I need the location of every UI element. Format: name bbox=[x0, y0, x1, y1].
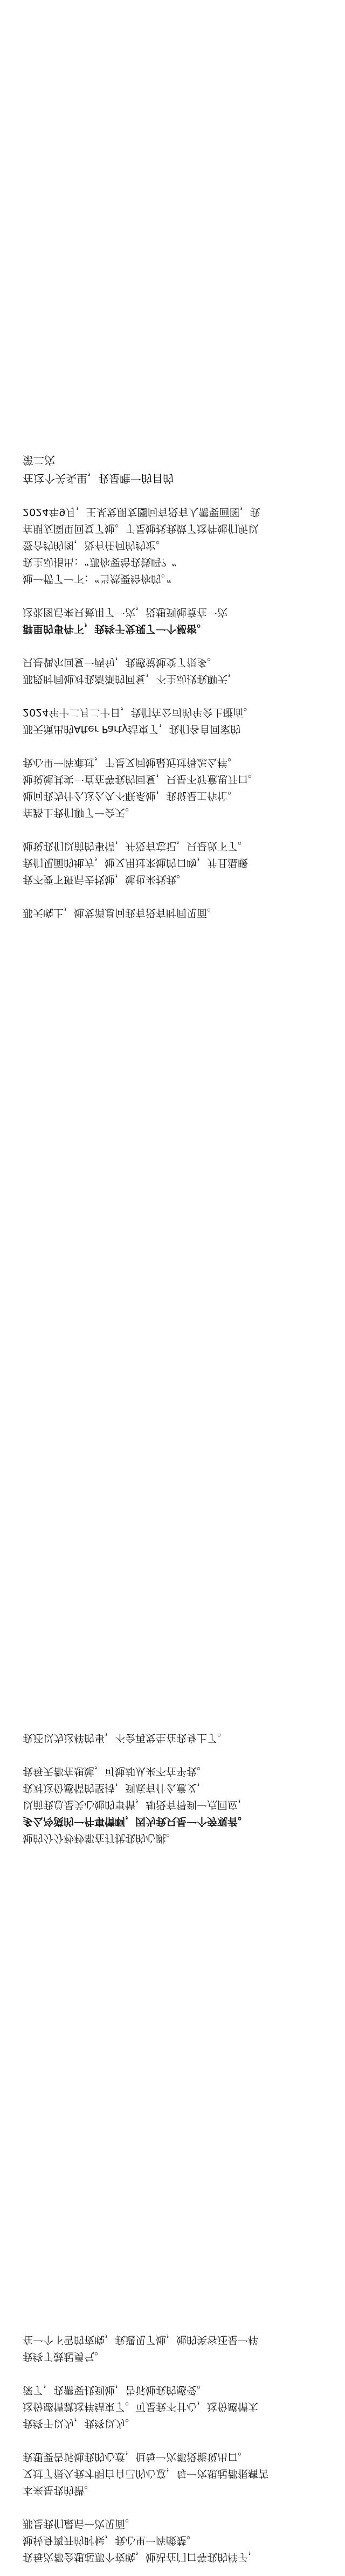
paragraph: 那天晚上，她发消息问我有没有时间见面。 bbox=[23, 904, 322, 921]
text-line: 以前我总是关心她的事情，却没有得到一点回应， bbox=[23, 1796, 322, 1813]
article-document: 我每次都会想起那个夜晚，她站在门口等我的样子， 她转身离开的时候，我心里一阵酸楚… bbox=[0, 0, 345, 2576]
paragraph: 我每次都会想起那个夜晚，她站在门口等我的样子， 她转身离开的时候，我心里一阵酸楚… bbox=[23, 2515, 322, 2565]
text-line: 我终于鼓起勇气。 bbox=[23, 2348, 322, 2365]
text-line: 在路上我们聊了一会天。 bbox=[23, 804, 322, 821]
text-line: 我每天都在想她，可她却从来不在乎我。 bbox=[23, 1763, 322, 1779]
paragraph: 那天演出的After Party结束了，我们各自回家的 2024年十二月二十日，… bbox=[23, 704, 322, 737]
text-line: 我还以为这样的事，不会再发生在我身上了。 bbox=[23, 1729, 322, 1746]
paragraph: 那段时间她对我渐渐的回复，不主动找我聊天， 只是偶尔回复一两句，我感觉她变了很多… bbox=[23, 654, 322, 687]
text-line: 只是偶尔回复一两句，我感觉她变了很多。 bbox=[23, 654, 322, 670]
paragraph: 群里的事件下，我终于发现了一个秘密。 这张图后来只被用了一次，没想到她竟在一次 bbox=[23, 604, 322, 637]
text-line: 在朋友圈里回复了她。于是她找我做了这件她们所以 bbox=[23, 520, 322, 537]
text-line: 她转身离开的时候，我心里一阵酸楚。 bbox=[23, 2532, 322, 2549]
paragraph: 本来是我的错。 又过了很久我才明白自己的心意，每一次想起都很痛苦 我想要告诉她我… bbox=[23, 2448, 322, 2498]
text-line: 她一愣了一下：“当然要给你的。” bbox=[23, 570, 322, 587]
text-line: 她说我们以前的事情，并没有忘记，只是放下了。 bbox=[23, 837, 322, 854]
text-line: 她说她其实一直在等我的回复，只是不好意思开口。 bbox=[23, 771, 322, 787]
paragraph: 在路上我们聊了一会天。 她问我为什么这么久不联系她，我说是工作忙。 她说她其实一… bbox=[23, 754, 322, 821]
text-line: 她问我为什么这么久不联系她，我说是工作忙。 bbox=[23, 787, 322, 804]
text-line: 又过了很久我才明白自己的心意，每一次想起都很痛苦 bbox=[23, 2465, 322, 2482]
text-line: 我每次都会想起那个夜晚，她站在门口等我的样子， bbox=[23, 2549, 322, 2565]
article-subtitle: 在这个关头里，我是唯一的目的 bbox=[23, 470, 322, 487]
paragraph: 我不要下班后去找她，她也来找我。 我们见面的地方，她又用过来她的口吻，并且温暖 … bbox=[23, 837, 322, 888]
text-line: 那天晚上，她发消息问我有没有时间见面。 bbox=[23, 904, 322, 921]
emphasized-line: 多么冷漠的一件事情啊，因为我只是一个旁观者。 bbox=[23, 1813, 322, 1830]
text-line: 本来是我的错。 bbox=[23, 2482, 322, 2498]
article-title: 第二次 bbox=[23, 452, 322, 468]
text-line: 这张图后来只被用了一次，没想到她竟在一次 bbox=[23, 604, 322, 620]
opening-section: 我每次都会想起那个夜晚，她站在门口等我的样子， 她转身离开的时候，我心里一阵酸楚… bbox=[23, 2331, 322, 2565]
text-line: 这份感情就这样结束了。可是我不甘心，这份感情太 bbox=[23, 2398, 322, 2415]
text-line: 我们见面的地方，她又用过来她的口吻，并且温暖 bbox=[23, 854, 322, 871]
middle-section: 她的分分秒秒都在打扰我的心跳。 多么冷漠的一件事情啊，因为我只是一个旁观者。 以… bbox=[23, 1729, 322, 1846]
paragraph: 我还以为这样的事，不会再发生在我身上了。 bbox=[23, 1729, 322, 1746]
text-line: 我心里一阵难过，于是又问她最近过得怎么样。 bbox=[23, 754, 322, 771]
text-line: 我对这份感情的坚持，到底有什么意义， bbox=[23, 1779, 322, 1796]
text-line: 那是我们最后一次见面。 bbox=[23, 2515, 322, 2532]
paragraph: 她一愣了一下：“当然要给你的。” 我主动指出：“那你要给我钱吗？” 签合约的图，… bbox=[23, 503, 322, 587]
text-line: 深了，我需要找到她，告诉她我的感受。 bbox=[23, 2381, 322, 2398]
text-line: 我不要下班后去找她，她也来找我。 bbox=[23, 871, 322, 888]
text-line: 签合约的图，没有任何的约定。 bbox=[23, 537, 322, 553]
closing-section: 那天晚上，她发消息问我有没有时间见面。 我不要下班后去找她，她也来找我。 我们见… bbox=[23, 452, 322, 921]
paragraph: 她的分分秒秒都在打扰我的心跳。 多么冷漠的一件事情啊，因为我只是一个旁观者。 以… bbox=[23, 1763, 322, 1846]
text-line: 我终于以为，我终以为。 bbox=[23, 2415, 322, 2432]
emphasized-line: 群里的事件下，我终于发现了一个秘密。 bbox=[23, 620, 322, 637]
text-line: 我主动指出：“那你要给我钱吗？” bbox=[23, 553, 322, 570]
paragraph: 我终于以为，我终以为。 这份感情就这样结束了。可是我不甘心，这份感情太 深了，我… bbox=[23, 2381, 322, 2432]
text-line: 2024年十二月二十日，我们在公司的年会上碰面。 bbox=[23, 704, 322, 721]
text-line: 2024年9月，王某发朋友圈问有没有人需要画图，我 bbox=[23, 503, 322, 520]
paragraph: 我终于鼓起勇气。 在一个下雪的夜晚，我遇见了她，她的笑容还是一样 bbox=[23, 2331, 322, 2365]
text-line: 那天演出的After Party结束了，我们各自回家的 bbox=[23, 721, 322, 737]
text-line: 那段时间她对我渐渐的回复，不主动找我聊天， bbox=[23, 670, 322, 687]
text-line: 她的分分秒秒都在打扰我的心跳。 bbox=[23, 1830, 322, 1846]
text-line: 在一个下雪的夜晚，我遇见了她，她的笑容还是一样 bbox=[23, 2331, 322, 2348]
text-line: 我想要告诉她我的心意，但每一次都没能说出口。 bbox=[23, 2448, 322, 2465]
